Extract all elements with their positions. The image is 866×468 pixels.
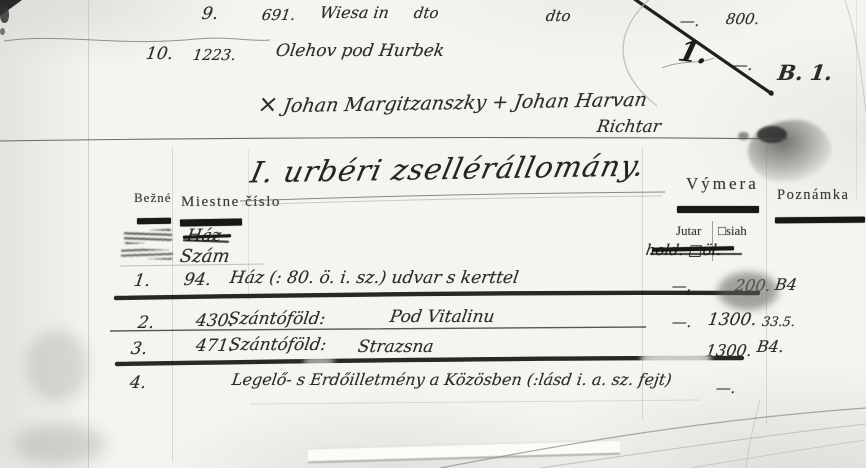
row3-desc: Szántóföld: <box>228 335 328 355</box>
entry-9-siah: 800. <box>725 10 761 28</box>
horizontal-rule <box>0 138 788 141</box>
witness-title: Richtar <box>596 117 663 137</box>
fold-line-left <box>88 0 89 468</box>
witness-names: Johan Margitzanszky + Johan Harvan <box>282 89 649 117</box>
column-rule <box>172 148 173 462</box>
row1-desc: Ház (: 80. ö. i. sz.) udvar s kerttel <box>229 268 520 288</box>
entry-10-jutar: —. <box>732 56 754 74</box>
row1-local-no: 94. <box>183 270 213 290</box>
header-vymera: Výmera <box>686 174 759 194</box>
entry-9-name: Wiesa in <box>319 3 391 22</box>
stroke-end-blot <box>768 90 773 95</box>
entry-10-parcel: 1223. <box>192 46 237 64</box>
entry-9-dto-1: dto <box>413 4 440 22</box>
strike-units-1 <box>652 246 734 251</box>
crease-vertical-right <box>746 400 760 468</box>
scanned-ledger-page: 9. 691. Wiesa in dto dto —. 800. 10. 122… <box>0 0 866 468</box>
column-rule <box>856 0 857 200</box>
row2-desc: Szántóföld: <box>227 309 327 329</box>
strike-units-2 <box>650 253 742 255</box>
row3-note: B4. <box>756 337 786 356</box>
entry-10-overmark: 1. <box>675 34 712 70</box>
row1-jutar: —. <box>671 277 693 295</box>
row2-siah: 1300. <box>707 310 758 330</box>
ink-blot-core <box>757 126 787 143</box>
entry-9-dto-2: dto <box>545 7 572 25</box>
row1-heavy-underline <box>116 293 758 298</box>
scribble-bezne-1 <box>124 229 173 244</box>
section-title: I. urbéri zsellérállomány. <box>248 149 649 190</box>
paper-smudge-bottom-left <box>14 424 106 466</box>
crease-bottom-3 <box>690 440 866 468</box>
row2-note: 33.5. <box>761 315 796 330</box>
row3-line-smear <box>640 351 712 366</box>
ink-blot-satellite <box>738 132 749 140</box>
edge-ink-mark <box>0 6 9 23</box>
entry-10-margin-note: B. 1. <box>776 60 834 85</box>
row1-value-smudge <box>718 272 778 310</box>
edge-ink-dot <box>0 28 5 35</box>
row4-desc: Legelő- s Erdőilletmény a Közösben (:lás… <box>231 370 673 389</box>
row2-jutar: —. <box>671 313 693 331</box>
paper-smudge-left <box>26 330 88 402</box>
entry-9-number: 9. <box>201 4 220 24</box>
header-poznamka: Poznámka <box>777 187 849 204</box>
title-underline-2 <box>242 196 662 205</box>
entry-9-parcel: 691. <box>261 6 297 24</box>
redaction-bar-bezne <box>137 218 171 225</box>
row4-faint-rule <box>250 400 700 404</box>
row1-number: 1. <box>133 271 152 291</box>
row2-place: Pod Vitalinu <box>389 307 496 327</box>
crease-line-top-left <box>4 38 270 41</box>
fold-highlight <box>308 440 620 464</box>
row4-number: 4. <box>129 373 148 393</box>
redaction-bar-vymera <box>677 206 759 213</box>
entry-10-name: Olehov pod Hurbek <box>275 41 446 61</box>
redaction-bar-poznamka <box>775 217 865 224</box>
row3-line-gap <box>303 357 335 366</box>
entry-10-number: 10. <box>145 44 175 64</box>
entry-9-jutar: —. <box>679 12 701 30</box>
header-szam-handwritten: Szám <box>179 246 232 267</box>
header-miestne: Miestne číslo <box>181 194 281 211</box>
scribble-bezne-2 <box>121 248 173 260</box>
row2-number: 2. <box>137 313 156 333</box>
unit-jutar: Jutar <box>676 223 701 239</box>
unit-siah: □siah <box>718 223 747 239</box>
witness-cross-mark: × <box>256 90 280 118</box>
row4-jutar: —. <box>715 379 737 397</box>
header-bezne: Bežné <box>134 190 171 206</box>
crease-bottom-1 <box>440 408 866 468</box>
row2-underline <box>110 327 646 331</box>
row3-place: Strazsna <box>357 337 435 357</box>
title-underline <box>240 192 665 201</box>
row3-number: 3. <box>130 339 149 359</box>
